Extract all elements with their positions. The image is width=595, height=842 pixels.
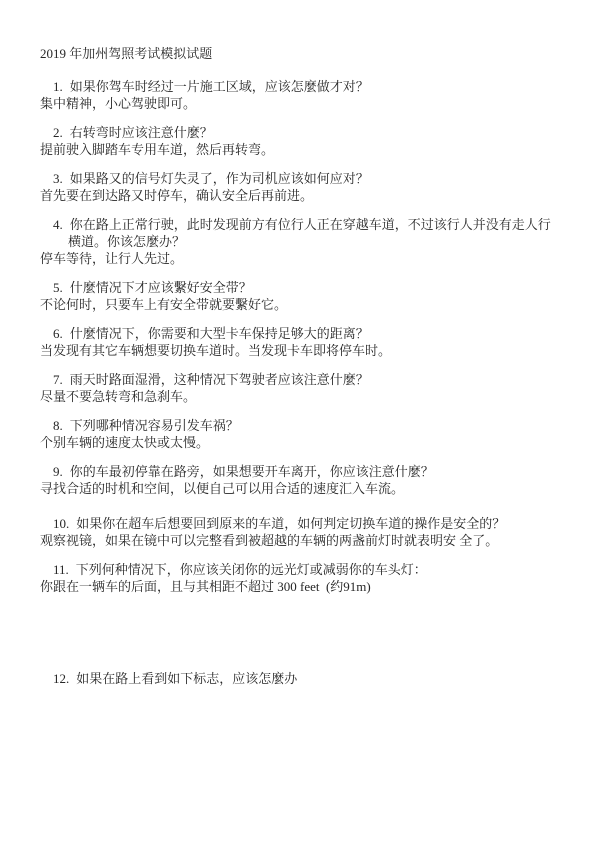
page-title: 2019 年加州驾照考试模拟试题 <box>40 45 559 62</box>
question-body: 你在路上正常行驶，此时发现前方有位行人正在穿越车道，不过该行人并没有走人行横道。… <box>68 217 551 249</box>
question-number: 12. <box>53 671 69 686</box>
answer-text: 尽量不要急转弯和急刹车。 <box>40 388 559 405</box>
question-block-12: 12.如果在路上看到如下标志，应该怎麼办 <box>40 670 559 687</box>
answer-text: 寻找合适的时机和空间，以便自己可以用合适的速度汇入车流。 <box>40 480 559 497</box>
question-text: 8.下列哪种情况容易引发车祸？ <box>40 417 559 434</box>
question-body: 右转弯时应该注意什麼？ <box>70 125 213 140</box>
question-block-11: 11.下列何种情况下，你应该关闭你的远光灯或减弱你的车头灯： 你跟在一辆车的后面… <box>40 561 559 595</box>
question-text: 4.你在路上正常行驶，此时发现前方有位行人正在穿越车道，不过该行人并没有走人行横… <box>40 216 559 250</box>
question-number: 6. <box>53 326 63 341</box>
question-text: 9.你的车最初停靠在路旁，如果想要开车离开，你应该注意什麼？ <box>40 463 559 480</box>
question-body: 什麼情况下，你需要和大型卡车保持足够大的距离？ <box>70 326 369 341</box>
question-number: 1. <box>53 79 63 94</box>
answer-text: 不论何时，只要车上有安全带就要繫好它。 <box>40 296 559 313</box>
answer-text: 提前驶入脚踏车专用车道，然后再转弯。 <box>40 141 559 158</box>
question-block-5: 5.什麼情况下才应该繫好安全带？ 不论何时，只要车上有安全带就要繫好它。 <box>40 279 559 313</box>
question-block-2: 2.右转弯时应该注意什麼？ 提前驶入脚踏车专用车道，然后再转弯。 <box>40 124 559 158</box>
question-block-7: 7.雨天时路面湿滑，这种情况下驾驶者应该注意什麼？ 尽量不要急转弯和急刹车。 <box>40 371 559 405</box>
question-block-8: 8.下列哪种情况容易引发车祸？ 个别车辆的速度太快或太慢。 <box>40 417 559 451</box>
question-body: 如果在路上看到如下标志，应该怎麼办 <box>76 671 297 686</box>
question-body: 下列哪种情况容易引发车祸？ <box>70 418 239 433</box>
question-number: 8. <box>53 418 63 433</box>
question-block-4: 4.你在路上正常行驶，此时发现前方有位行人正在穿越车道，不过该行人并没有走人行横… <box>40 216 559 267</box>
question-text: 6.什麼情况下，你需要和大型卡车保持足够大的距离？ <box>40 325 559 342</box>
question-text: 11.下列何种情况下，你应该关闭你的远光灯或减弱你的车头灯： <box>40 561 559 578</box>
answer-text: 当发现有其它车辆想要切换车道时。当发现卡车即将停车时。 <box>40 342 559 359</box>
question-block-9: 9.你的车最初停靠在路旁，如果想要开车离开，你应该注意什麼？ 寻找合适的时机和空… <box>40 463 559 497</box>
answer-text: 个别车辆的速度太快或太慢。 <box>40 434 559 451</box>
question-number: 5. <box>53 280 63 295</box>
question-text: 3.如果路又的信号灯失灵了，作为司机应该如何应对？ <box>40 170 559 187</box>
question-block-6: 6.什麼情况下，你需要和大型卡车保持足够大的距离？ 当发现有其它车辆想要切换车道… <box>40 325 559 359</box>
question-number: 3. <box>53 171 63 186</box>
question-body: 如果你在超车后想要回到原来的车道，如何判定切换车道的操作是安全的？ <box>76 516 505 531</box>
answer-text: 集中精神，小心驾驶即可。 <box>40 95 559 112</box>
question-body: 你的车最初停靠在路旁，如果想要开车离开，你应该注意什麼？ <box>70 464 434 479</box>
question-text: 5.什麼情况下才应该繫好安全带？ <box>40 279 559 296</box>
question-body: 下列何种情况下，你应该关闭你的远光灯或减弱你的车头灯： <box>76 562 427 577</box>
answer-text: 你跟在一辆车的后面，且与其相距不超过 300 feet (约91m) <box>40 578 559 595</box>
answer-text: 观察视镜，如果在镜中可以完整看到被超越的车辆的两盏前灯时就表明安 全了。 <box>40 532 559 549</box>
question-text: 12.如果在路上看到如下标志，应该怎麼办 <box>40 670 559 687</box>
document-page: 2019 年加州驾照考试模拟试题 1.如果你驾车时经过一片施工区域，应该怎麼做才… <box>0 0 595 842</box>
question-block-3: 3.如果路又的信号灯失灵了，作为司机应该如何应对？ 首先要在到达路又时停车，确认… <box>40 170 559 204</box>
question-number: 2. <box>53 125 63 140</box>
question-text: 7.雨天时路面湿滑，这种情况下驾驶者应该注意什麼？ <box>40 371 559 388</box>
answer-text: 停车等待，让行人先过。 <box>40 250 559 267</box>
answer-text: 首先要在到达路又时停车，确认安全后再前进。 <box>40 187 559 204</box>
question-text: 1.如果你驾车时经过一片施工区域，应该怎麼做才对？ <box>40 78 559 95</box>
question-text: 2.右转弯时应该注意什麼？ <box>40 124 559 141</box>
question-body: 什麼情况下才应该繫好安全带？ <box>70 280 252 295</box>
question-number: 9. <box>53 464 63 479</box>
question-number: 7. <box>53 372 63 387</box>
question-body: 如果路又的信号灯失灵了，作为司机应该如何应对？ <box>70 171 369 186</box>
question-number: 4. <box>53 217 63 232</box>
question-number: 11. <box>53 562 69 577</box>
question-body: 雨天时路面湿滑，这种情况下驾驶者应该注意什麼？ <box>70 372 369 387</box>
question-text: 10.如果你在超车后想要回到原来的车道，如何判定切换车道的操作是安全的？ <box>40 515 559 532</box>
question-block-1: 1.如果你驾车时经过一片施工区域，应该怎麼做才对？ 集中精神，小心驾驶即可。 <box>40 78 559 112</box>
question-block-10: 10.如果你在超车后想要回到原来的车道，如何判定切换车道的操作是安全的？ 观察视… <box>40 515 559 549</box>
question-body: 如果你驾车时经过一片施工区域，应该怎麼做才对？ <box>70 79 369 94</box>
question-number: 10. <box>53 516 69 531</box>
